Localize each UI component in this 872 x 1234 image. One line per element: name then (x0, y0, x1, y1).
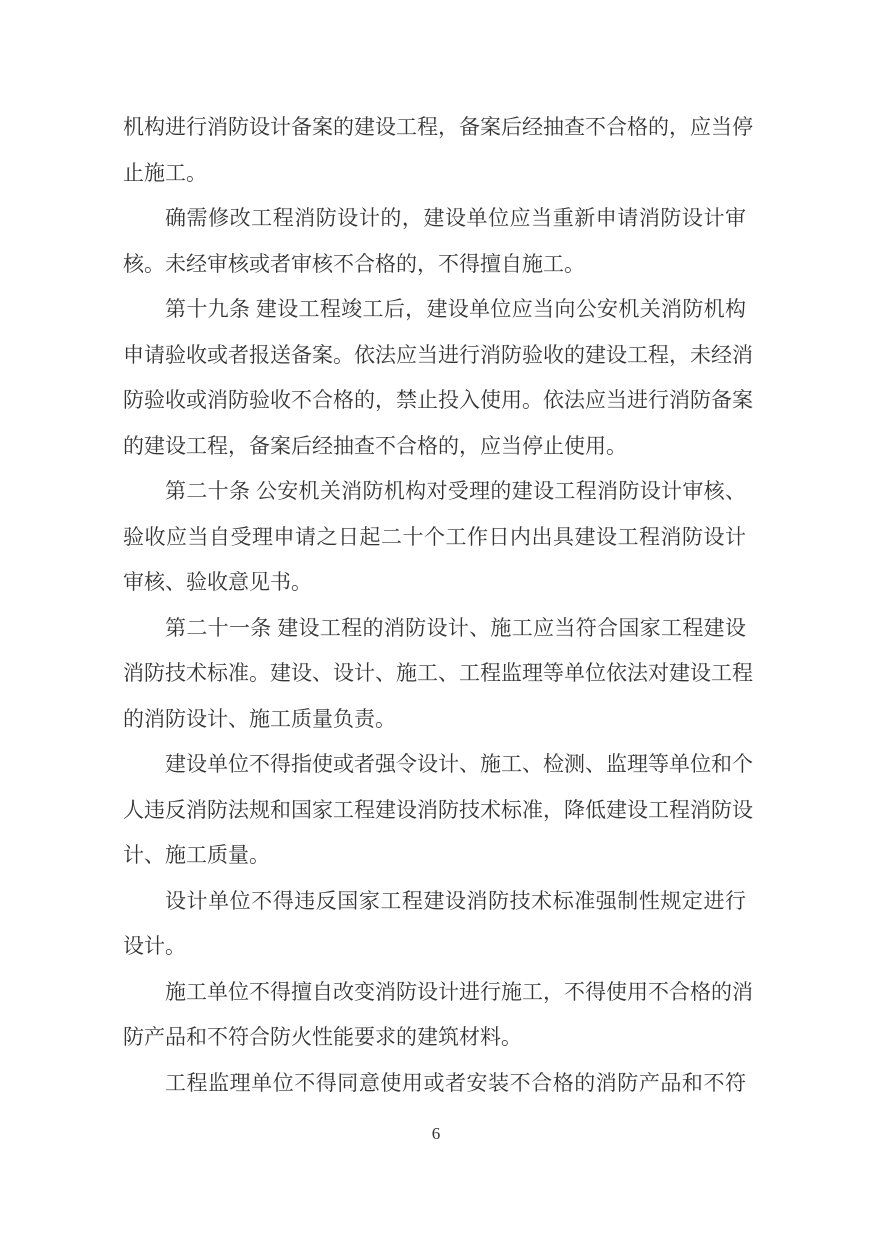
text-line: 防产品和不符合防火性能要求的建筑材料。 (123, 1015, 746, 1061)
text-line: 核。未经审核或者审核不合格的，不得擅自施工。 (123, 242, 746, 288)
text-line: 的消防设计、施工质量负责。 (123, 697, 746, 743)
text-line: 计、施工质量。 (123, 833, 746, 879)
text-line: 机构进行消防设计备案的建设工程，备案后经抽查不合格的，应当停 (123, 105, 746, 151)
text-line: 消防技术标准。建设、设计、施工、工程监理等单位依法对建设工程 (123, 651, 746, 697)
text-line: 第二十条 公安机关消防机构对受理的建设工程消防设计审核、 (123, 469, 746, 515)
text-line: 第二十一条 建设工程的消防设计、施工应当符合国家工程建设 (123, 606, 746, 652)
document-page: 机构进行消防设计备案的建设工程，备案后经抽查不合格的，应当停 止施工。 确需修改… (0, 0, 872, 1234)
text-line: 第十九条 建设工程竣工后，建设单位应当向公安机关消防机构 (123, 287, 746, 333)
page-number: 6 (0, 1122, 872, 1146)
text-line: 设计。 (123, 924, 746, 970)
text-line: 设计单位不得违反国家工程建设消防技术标准强制性规定进行 (123, 879, 746, 925)
text-line: 工程监理单位不得同意使用或者安装不合格的消防产品和不符 (123, 1061, 746, 1107)
text-line: 确需修改工程消防设计的，建设单位应当重新申请消防设计审 (123, 196, 746, 242)
text-line: 建设单位不得指使或者强令设计、施工、检测、监理等单位和个 (123, 742, 746, 788)
text-line: 止施工。 (123, 151, 746, 197)
text-line: 申请验收或者报送备案。依法应当进行消防验收的建设工程，未经消 (123, 333, 746, 379)
text-line: 审核、验收意见书。 (123, 560, 746, 606)
text-line: 人违反消防法规和国家工程建设消防技术标准，降低建设工程消防设 (123, 788, 746, 834)
text-line: 防验收或消防验收不合格的，禁止投入使用。依法应当进行消防备案 (123, 378, 746, 424)
text-line: 验收应当自受理申请之日起二十个工作日内出具建设工程消防设计 (123, 515, 746, 561)
text-line: 施工单位不得擅自改变消防设计进行施工，不得使用不合格的消 (123, 970, 746, 1016)
document-body-text: 机构进行消防设计备案的建设工程，备案后经抽查不合格的，应当停 止施工。 确需修改… (123, 105, 746, 1106)
text-line: 的建设工程，备案后经抽查不合格的，应当停止使用。 (123, 424, 746, 470)
